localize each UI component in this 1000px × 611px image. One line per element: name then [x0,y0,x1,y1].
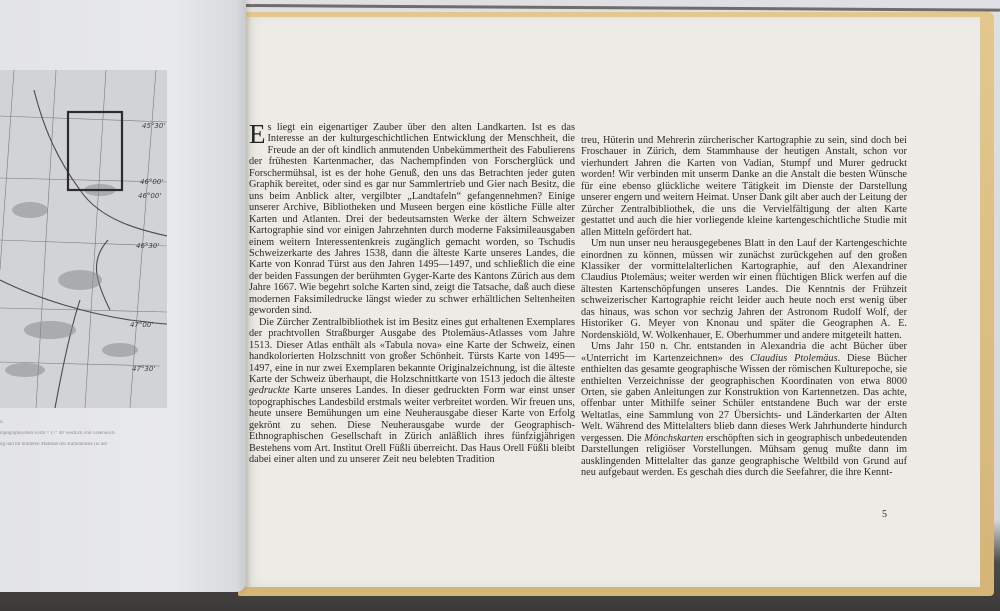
emphasis-gedruckte: gedruckte [249,385,290,396]
caption-line-1: n. [0,420,165,425]
svg-text:46°30': 46°30' [136,242,159,250]
page-number: 5 [882,509,887,520]
drop-cap: E [249,123,266,145]
map-illustration: 45°30' 46°00' 46°00' 46°30' 47°00' 47°30… [0,70,167,408]
svg-text:46°00': 46°00' [140,178,163,186]
emphasis-moenchskarten: Mönchskarten [644,433,703,444]
caption-line-2: topographischen Form = 17° 40' westlich … [0,431,165,436]
paragraph-2: Die Zürcher Zentralbibliothek ist im Bes… [249,317,575,466]
svg-text:47°30': 47°30' [132,365,155,373]
text-column-right: treu, Hüterin und Mehrerin zürcherischer… [581,135,907,479]
svg-text:46°00': 46°00' [138,192,161,200]
text-column-left: Es liegt ein eigenartiger Zauber über de… [249,122,575,466]
paragraph-4: Um nun unser neu herausgegebenes Blatt i… [581,238,907,341]
map-grid-graphic: 45°30' 46°00' 46°00' 46°30' 47°00' 47°30… [0,70,167,408]
svg-text:47°00': 47°00' [130,321,153,329]
paragraph-5: Ums Jahr 150 n. Chr. entstanden in Alexa… [581,341,907,478]
svg-text:45°30': 45°30' [142,122,165,130]
left-page: 45°30' 46°00' 46°00' 46°30' 47°00' 47°30… [0,0,246,592]
paragraph-3: treu, Hüterin und Mehrerin zürcherischer… [581,135,907,238]
caption-line-3: ng und im mittleren Maßstab des Kartenbi… [0,442,165,447]
paragraph-1: Es liegt ein eigenartiger Zauber über de… [249,122,575,317]
emphasis-claudius-ptolemaeus: Claudius Ptolemäus [750,353,837,364]
